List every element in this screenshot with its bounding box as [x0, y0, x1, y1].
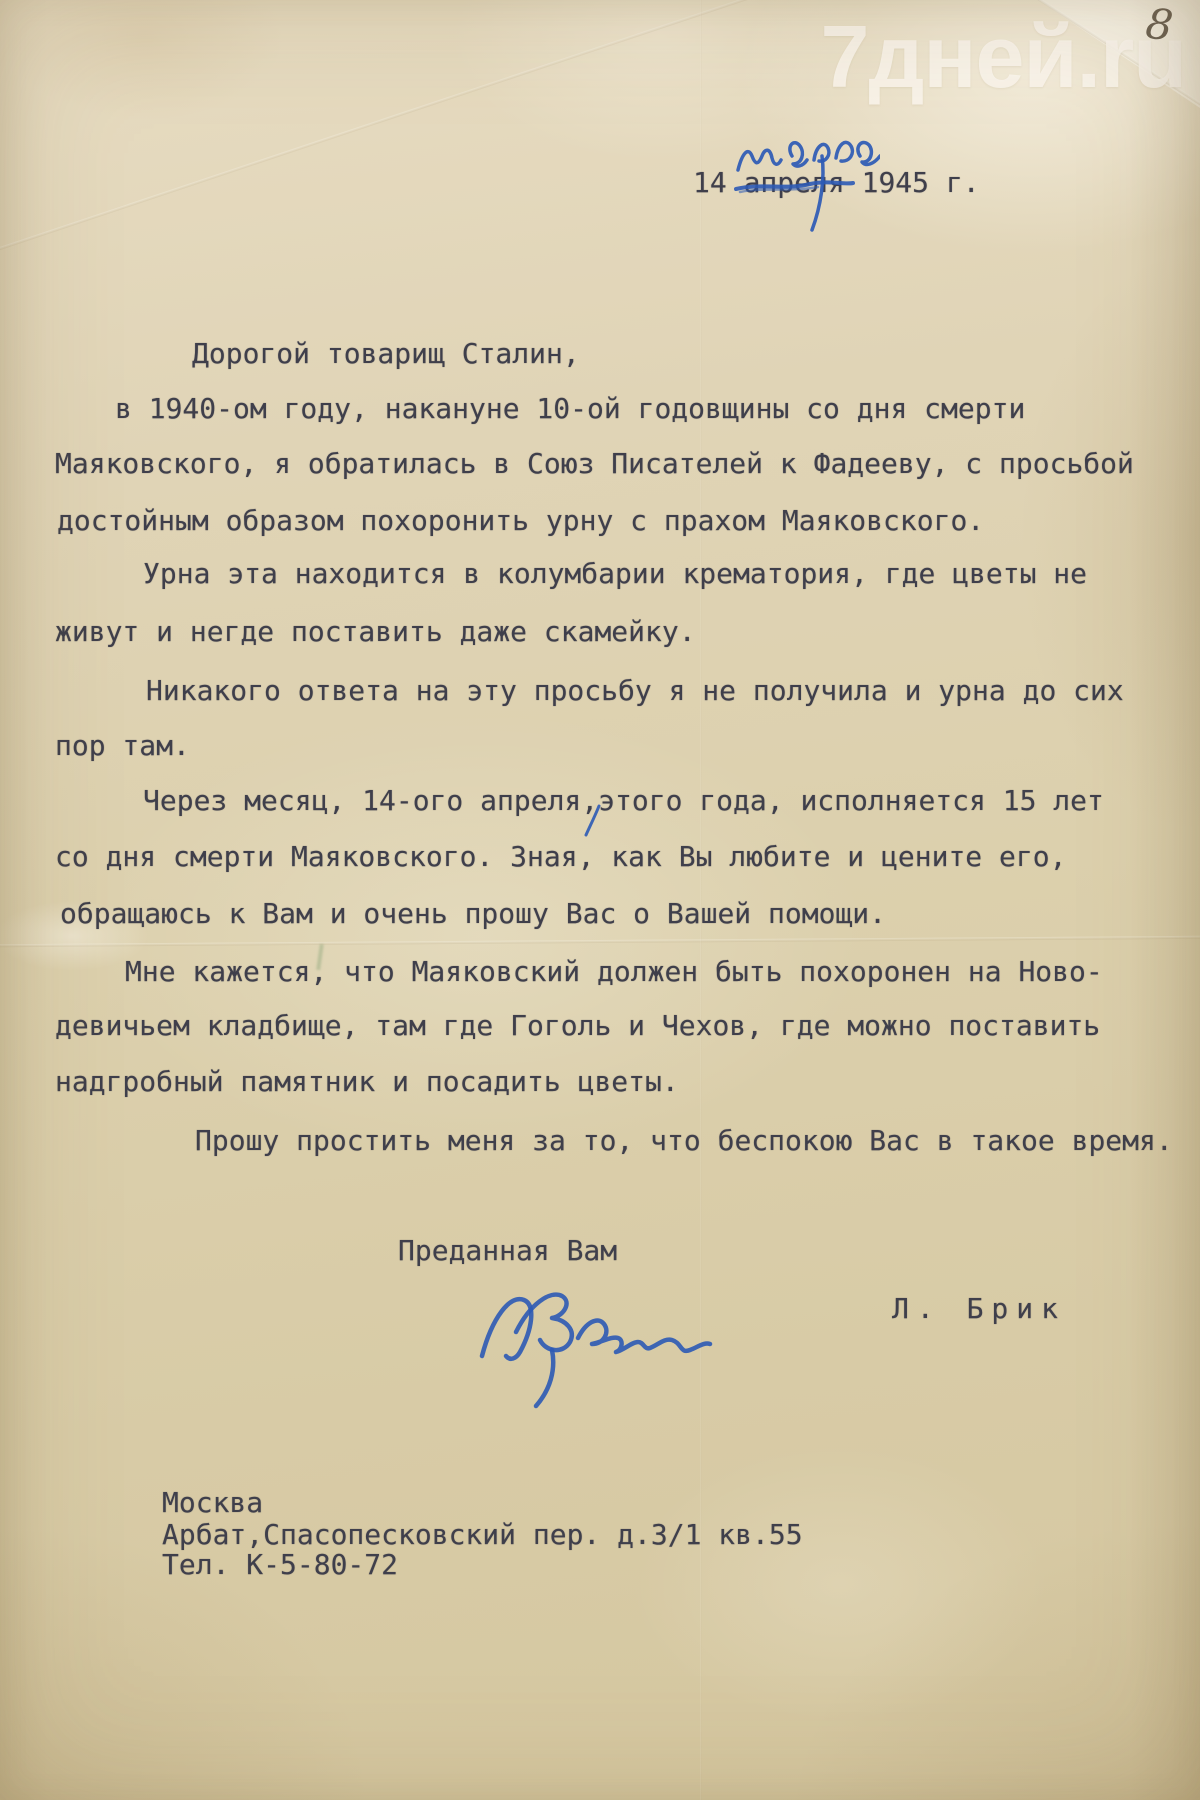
letter-scan-paper: 7дней.ru 8 14 апреля 1945 г. Дорогой тов… [0, 0, 1200, 1800]
paper-fold-line-middle [0, 936, 1200, 947]
letter-line: достойным образом похоронить урну с прах… [57, 504, 984, 538]
letter-line: Урна эта находится в колумбарии крематор… [143, 557, 1087, 591]
letter-line: девичьем кладбище, там где Гоголь и Чехо… [55, 1009, 1100, 1043]
address-phone: Тел. К-5-80-72 [162, 1548, 398, 1582]
letter-line: со дня смерти Маяковского. Зная, как Вы … [55, 840, 1066, 874]
date-line: 14 апреля 1945 г. [693, 166, 980, 200]
handwritten-signature [466, 1258, 726, 1413]
paper-crease-diagonal-top [0, 0, 773, 255]
letter-line: живут и негде поставить даже скамейку. [55, 615, 696, 649]
letter-line: Мне кажется, что Маяковский должен быть … [125, 955, 1103, 989]
letter-line: Прошу простить меня за то, что беспокою … [195, 1124, 1173, 1158]
letter-line: в 1940-ом году, накануне 10-ой годовщины… [115, 392, 1025, 426]
valediction: Преданная Вам [398, 1234, 617, 1268]
watermark-7dney-logo: 7дней.ru [821, 6, 1186, 108]
letter-line: Никакого ответа на эту просьбу я не полу… [146, 674, 1124, 708]
date-year: 1945 г. [845, 166, 980, 199]
letter-line: Маяковского, я обратилась в Союз Писател… [55, 447, 1134, 481]
date-day: 14 [693, 166, 744, 199]
letter-line: Через месяц, 14-ого апреля,этого года, и… [143, 784, 1104, 818]
address-city: Москва [162, 1486, 263, 1520]
letter-line: обращаюсь к Вам и очень прошу Вас о Ваше… [60, 897, 886, 931]
letter-line: надгробный памятник и посадить цветы. [55, 1065, 679, 1099]
address-street: Арбат,Спасопесковский пер. д.3/1 кв.55 [162, 1518, 803, 1552]
date-month-struck: апреля [744, 166, 845, 199]
letter-line: пор там. [55, 729, 190, 763]
typed-signature-name: Л. Брик [892, 1292, 1066, 1326]
letter-line: Дорогой товарищ Сталин, [192, 337, 580, 371]
